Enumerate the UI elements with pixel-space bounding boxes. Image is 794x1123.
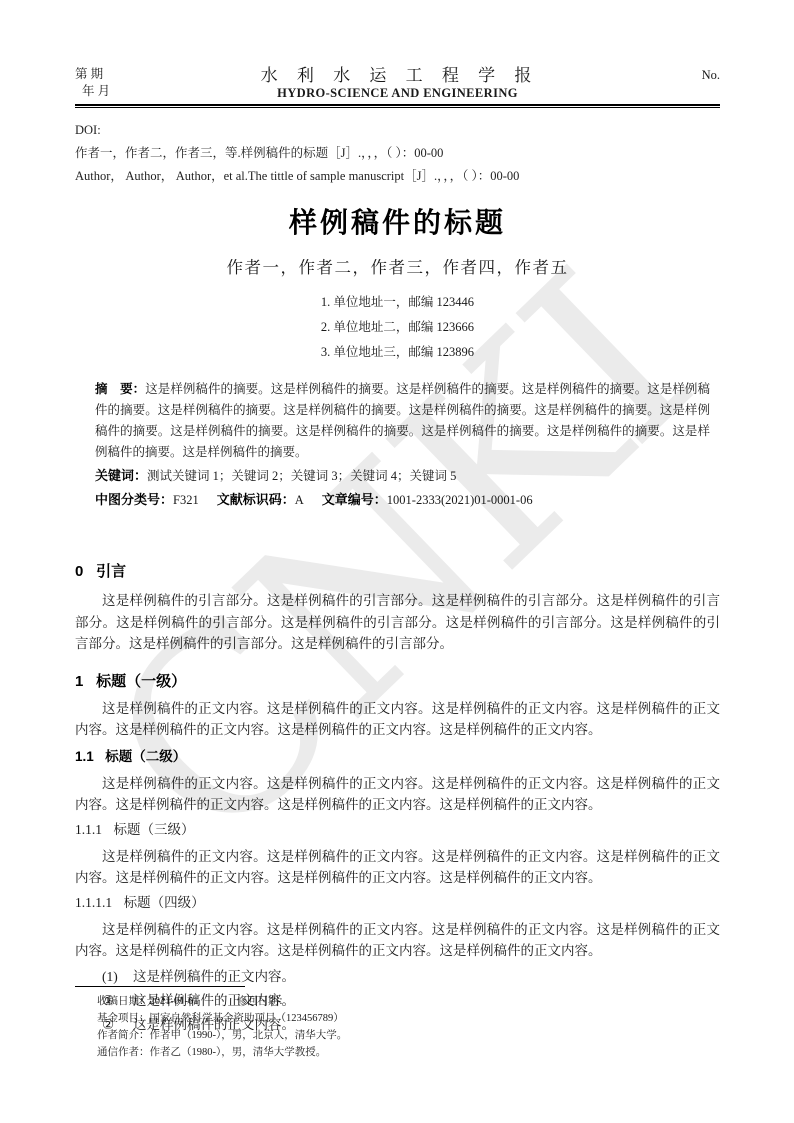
article-id-label: 文章编号： [322, 492, 387, 507]
issue-label: 第 期 [75, 66, 205, 83]
footnote-rule [75, 986, 245, 987]
section-title: 标题（三级） [113, 822, 194, 837]
footnote-block: 收稿日期：2021-01-01修回日期： 基金项目：国家自然科学基金资助项目（1… [75, 986, 720, 1061]
journal-title-zh: 水 利 水 运 工 程 学 报 [205, 66, 590, 85]
abstract: 摘 要：这是样例稿件的摘要。这是样例稿件的摘要。这是样例稿件的摘要。这是样例稿件… [95, 379, 710, 463]
footnote-received: 收稿日期：2021-01-01修回日期： [75, 993, 720, 1010]
classification-line: 中图分类号：F321文献标识码：A文章编号：1001-2333(2021)01-… [95, 488, 710, 512]
clc-value: F321 [173, 493, 199, 507]
section-number: 1 [75, 673, 83, 690]
section-title: 标题（一级） [96, 673, 186, 690]
abstract-label: 摘 要： [95, 382, 145, 396]
doc-code-label: 文献标识码： [217, 492, 295, 507]
section-title: 标题（四级） [124, 895, 205, 910]
abstract-text: 这是样例稿件的摘要。这是样例稿件的摘要。这是样例稿件的摘要。这是样例稿件的摘要。… [95, 382, 710, 459]
manuscript-page: CNKI 第 期 年 月 水 利 水 运 工 程 学 报 HYDRO-SCIEN… [0, 0, 794, 1123]
section-body-1: 这是样例稿件的正文内容。这是样例稿件的正文内容。这是样例稿件的正文内容。这是样例… [75, 698, 720, 741]
keywords-text: 测试关键词 1；关键词 2；关键词 3；关键词 4；关键词 5 [147, 469, 456, 483]
footnote-label: 作者简介： [97, 1030, 150, 1041]
section-body-1-1: 这是样例稿件的正文内容。这是样例稿件的正文内容。这是样例稿件的正文内容。这是样例… [75, 773, 720, 816]
article-id-value: 1001-2333(2021)01-0001-06 [387, 493, 533, 507]
doi-line: DOI: [75, 119, 720, 142]
date-label: 年 月 [75, 83, 205, 100]
footnote-text: 作者乙（1980-），男，清华大学教授。 [150, 1047, 327, 1058]
footnote-text: 作者甲（1990-），男，北京人，清华大学。 [150, 1030, 348, 1041]
footnote-funding: 基金项目：国家自然科学基金资助项目（123456789） [75, 1010, 720, 1027]
section-body-0: 这是样例稿件的引言部分。这是样例稿件的引言部分。这是样例稿件的引言部分。这是样例… [75, 590, 720, 655]
footnote-revised-label: 修回日期： [237, 996, 290, 1007]
number-label: No. [590, 66, 720, 83]
section-body-1-1-1-1: 这是样例稿件的正文内容。这是样例稿件的正文内容。这是样例稿件的正文内容。这是样例… [75, 919, 720, 962]
clc-label: 中图分类号： [95, 492, 173, 507]
section-title: 引言 [96, 563, 126, 580]
citation-zh: 作者一，作者二，作者三，等.样例稿件的标题［J］.，，，（ ）：00-00 [75, 142, 720, 165]
section-number: 1.1.1.1 [75, 895, 112, 910]
header-issue-block: 第 期 年 月 [75, 66, 205, 100]
keywords: 关键词：测试关键词 1；关键词 2；关键词 3；关键词 4；关键词 5 [95, 464, 710, 488]
footnote-text: 国家自然科学基金资助项目（123456789） [150, 1013, 344, 1024]
affiliation-2: 2. 单位地址二，邮编 123666 [75, 315, 720, 340]
affiliation-1: 1. 单位地址一，邮编 123446 [75, 290, 720, 315]
article-title: 样例稿件的标题 [75, 205, 720, 241]
footnote-label: 收稿日期： [97, 996, 150, 1007]
footnote-label: 通信作者： [97, 1047, 150, 1058]
section-number: 1.1 [75, 749, 94, 764]
footnote-author-bio: 作者简介：作者甲（1990-），男，北京人，清华大学。 [75, 1027, 720, 1044]
section-heading-1-1-1-1: 1.1.1.1标题（四级） [75, 892, 720, 914]
header-rule [75, 104, 720, 108]
citation-en: Author， Author， Author，et al.The tittle … [75, 165, 720, 188]
section-body-1-1-1: 这是样例稿件的正文内容。这是样例稿件的正文内容。这是样例稿件的正文内容。这是样例… [75, 846, 720, 889]
keywords-label: 关键词： [95, 468, 147, 483]
section-title: 标题（二级） [105, 749, 186, 764]
affiliation-3: 3. 单位地址三，邮编 123896 [75, 340, 720, 365]
article-authors: 作者一，作者二，作者三，作者四，作者五 [75, 256, 720, 279]
footnote-corresponding: 通信作者：作者乙（1980-），男，清华大学教授。 [75, 1044, 720, 1061]
section-heading-1: 1标题（一级） [75, 671, 720, 693]
footnote-label: 基金项目： [97, 1013, 150, 1024]
section-heading-1-1: 1.1标题（二级） [75, 746, 720, 768]
section-heading-1-1-1: 1.1.1标题（三级） [75, 819, 720, 841]
list-text: 这是样例稿件的正文内容。 [133, 969, 295, 984]
journal-title-block: 水 利 水 运 工 程 学 报 HYDRO-SCIENCE AND ENGINE… [205, 66, 590, 102]
footnote-text: 2021-01-01 [150, 996, 199, 1007]
doc-code-value: A [295, 493, 304, 507]
section-number: 1.1.1 [75, 822, 102, 837]
affiliations: 1. 单位地址一，邮编 123446 2. 单位地址二，邮编 123666 3.… [75, 290, 720, 365]
journal-header: 第 期 年 月 水 利 水 运 工 程 学 报 HYDRO-SCIENCE AN… [75, 66, 720, 102]
list-item: (1)这是样例稿件的正文内容。 [75, 965, 720, 989]
page-content: 第 期 年 月 水 利 水 运 工 程 学 报 HYDRO-SCIENCE AN… [0, 0, 794, 1037]
section-number: 0 [75, 563, 83, 580]
section-heading-0: 0引言 [75, 561, 720, 583]
journal-title-en: HYDRO-SCIENCE AND ENGINEERING [205, 85, 590, 102]
citation-block: DOI: 作者一，作者二，作者三，等.样例稿件的标题［J］.，，，（ ）：00-… [75, 119, 720, 188]
list-marker: (1) [102, 965, 133, 989]
